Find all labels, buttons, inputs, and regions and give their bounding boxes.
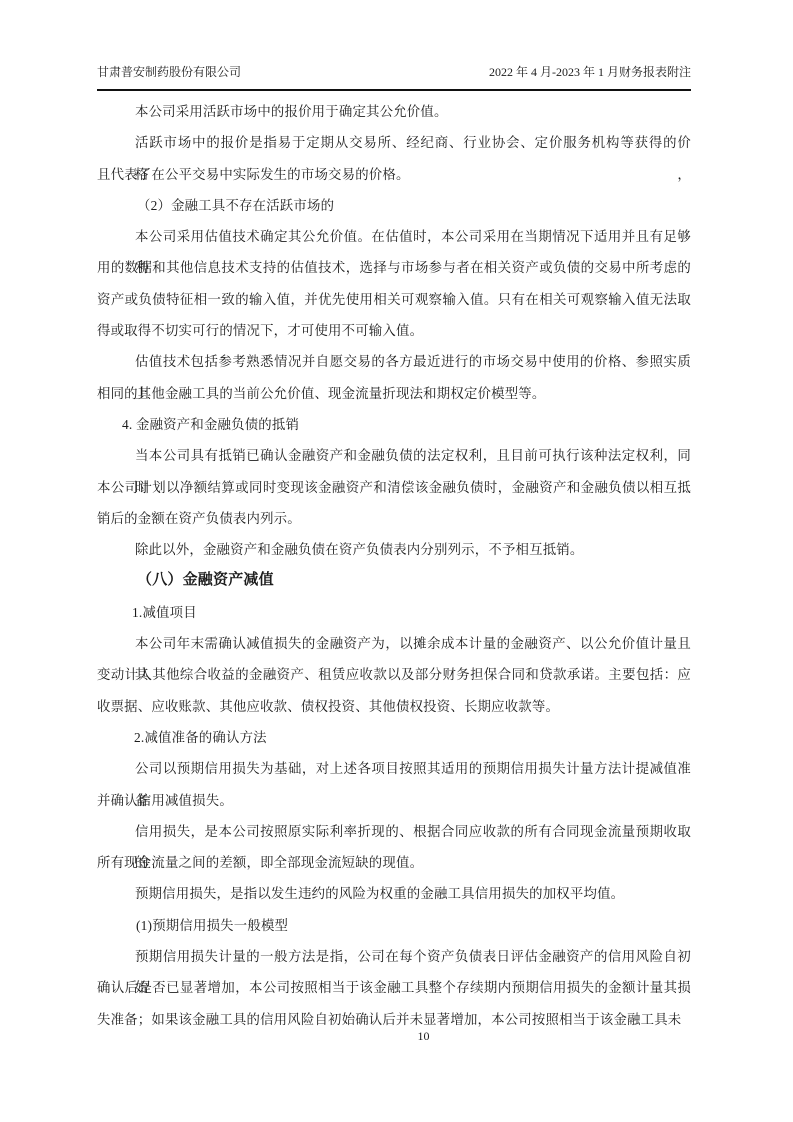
paragraph-line: 本公司计划以净额结算或同时变现该金融资产和清偿该金融负债时，金融资产和金融负债以… [97, 472, 691, 503]
paragraph-line: 所有现金流量之间的差额，即全部现金流短缺的现值。 [97, 847, 691, 878]
paragraph-line: 变动计入其他综合收益的金融资产、租赁应收款以及部分财务担保合同和贷款承诺。主要包… [97, 659, 691, 690]
paragraph-line: 并确认信用减值损失。 [97, 785, 691, 816]
paragraph-line: 本公司采用估值技术确定其公允价值。在估值时，本公司采用在当期情况下适用并且有足够… [97, 221, 691, 252]
paragraph-line: 本公司年末需确认减值损失的金融资产为，以摊余成本计量的金融资产、以公允价值计量且… [97, 628, 691, 659]
sub-heading: 2.减值准备的确认方法 [97, 722, 691, 753]
paragraph-line: 销后的金额在资产负债表内列示。 [97, 503, 691, 534]
paragraph-line: 当本公司具有抵销已确认金融资产和金融负债的法定权利，且目前可执行该种法定权利，同… [97, 440, 691, 471]
document-body: 本公司采用活跃市场中的报价用于确定其公允价值。活跃市场中的报价是指易于定期从交易… [97, 96, 691, 1035]
paragraph-line: 确认后是否已显著增加，本公司按照相当于该金融工具整个存续期内预期信用损失的金额计… [97, 972, 691, 1003]
sub-heading: （2）金融工具不存在活跃市场的 [97, 190, 691, 221]
sub-heading: 1.减值项目 [97, 597, 691, 628]
paragraph-line: 信用损失，是本公司按照原实际利率折现的、根据合同应收款的所有合同现金流量预期收取… [97, 816, 691, 847]
page-header: 甘肃普安制药股份有限公司 2022 年 4 月-2023 年 1 月财务报表附注 [97, 64, 691, 91]
header-report-title: 2022 年 4 月-2023 年 1 月财务报表附注 [489, 64, 691, 80]
paragraph-line: 公司以预期信用损失为基础，对上述各项目按照其适用的预期信用损失计量方法计提减值准… [97, 753, 691, 784]
paragraph-line: 估值技术包括参考熟悉情况并自愿交易的各方最近进行的市场交易中使用的价格、参照实质… [97, 346, 691, 377]
paragraph-line: 资产或负债特征相一致的输入值，并优先使用相关可观察输入值。只有在相关可观察输入值… [97, 284, 691, 315]
paragraph-line: 用的数据和其他信息技术支持的估值技术，选择与市场参与者在相关资产或负债的交易中所… [97, 252, 691, 283]
page-number: 10 [418, 1029, 430, 1043]
paragraph-line: 收票据、应收账款、其他应收款、债权投资、其他债权投资、长期应收款等。 [97, 691, 691, 722]
paragraph-line: 除此以外，金融资产和金融负债在资产负债表内分别列示，不予相互抵销。 [97, 534, 691, 565]
paragraph-line: 本公司采用活跃市场中的报价用于确定其公允价值。 [97, 96, 691, 127]
sub-heading: 4. 金融资产和金融负债的抵销 [97, 409, 691, 440]
header-company-name: 甘肃普安制药股份有限公司 [97, 64, 241, 80]
page-footer: 10 [27, 1029, 793, 1044]
paragraph-line: 预期信用损失，是指以发生违约的风险为权重的金融工具信用损失的加权平均值。 [97, 878, 691, 909]
paragraph-line: 得或取得不切实可行的情况下，才可使用不可输入值。 [97, 315, 691, 346]
sub-heading: (1)预期信用损失一般模型 [97, 910, 691, 941]
section-heading: （八）金融资产减值 [97, 565, 691, 596]
paragraph-line: 相同的其他金融工具的当前公允价值、现金流量折现法和期权定价模型等。 [97, 378, 691, 409]
paragraph-line: 预期信用损失计量的一般方法是指，公司在每个资产负债表日评估金融资产的信用风险自初… [97, 941, 691, 972]
document-page: 甘肃普安制药股份有限公司 2022 年 4 月-2023 年 1 月财务报表附注… [0, 0, 793, 1122]
paragraph-line: 活跃市场中的报价是指易于定期从交易所、经纪商、行业协会、定价服务机构等获得的价格… [97, 127, 691, 158]
